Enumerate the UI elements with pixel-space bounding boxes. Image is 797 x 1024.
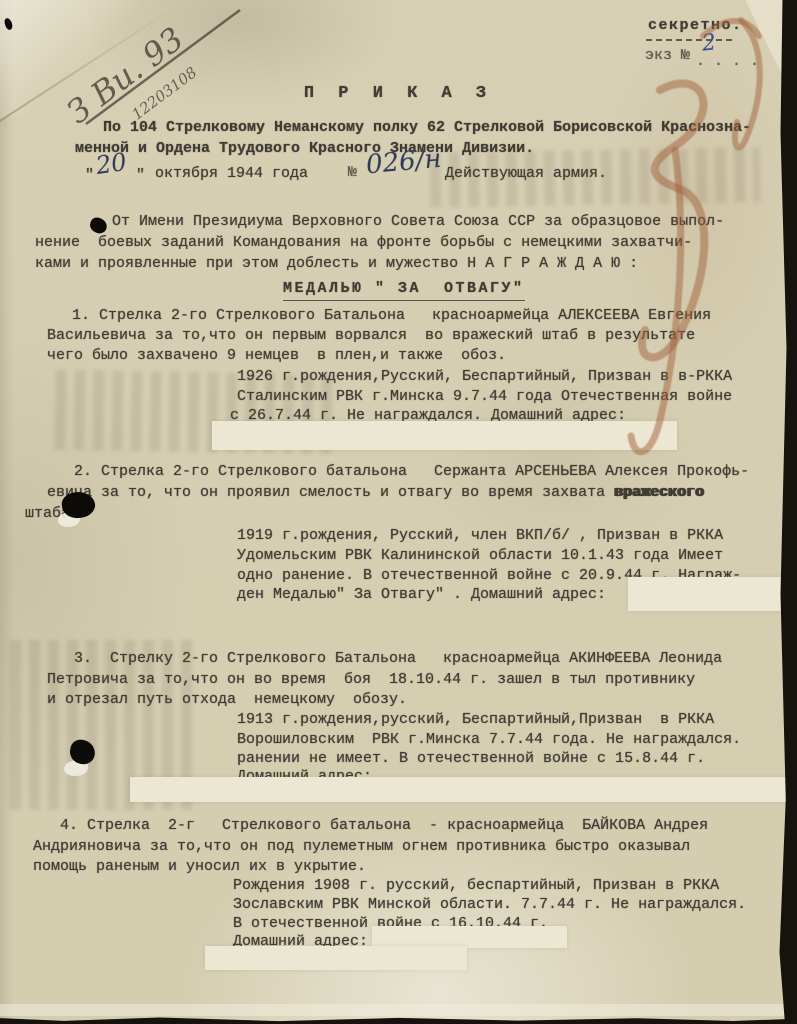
redacted-address-box <box>628 577 795 611</box>
entry-citation-line: Петровича за то,что он во время боя 18.1… <box>47 670 695 689</box>
number-sign: № <box>348 163 357 182</box>
scan-edge-bottom <box>0 1015 797 1024</box>
entry-bio-line: 1919 г.рождения, Русский, член ВКП/б/ , … <box>237 526 723 545</box>
paper-bottom-highlight <box>0 1004 797 1016</box>
entry-citation-line: 4. Стрелка 2-г Стрелкового батальона - к… <box>60 816 708 835</box>
subject-line: менной и Ордена Трудового Красного Знаме… <box>75 139 534 158</box>
scribble-stroke <box>642 84 704 358</box>
entry-bio-line: Рождения 1908 г. русский, беспартийный, … <box>233 876 719 895</box>
red-pencil-scribble <box>585 0 797 500</box>
entry-bio-line: 1913 г.рождения,русский, Беспартийный,Пр… <box>237 710 714 729</box>
preamble-line: ками и проявленные при этом доблесть и м… <box>35 254 638 273</box>
scanned-order-page: секретно. экз № . . . . 2 З Ви. 93 12203… <box>0 0 797 1024</box>
entry-citation-line: 3. Стрелку 2-го Стрелкового Батальона кр… <box>74 649 722 668</box>
entry-citation-line: помощь раненым и уносил их в укрытие. <box>33 857 366 876</box>
entry-citation-line: и отрезал путь отхода немецкому обозу. <box>47 690 407 709</box>
quote-mark: " <box>136 166 145 185</box>
handwritten-day: 20 <box>94 148 128 180</box>
quote-mark: " <box>85 166 94 185</box>
entry-citation-line: Андрияновича за то,что он под пулеметным… <box>33 837 690 856</box>
scribble-stroke <box>631 150 681 452</box>
redacted-address-box <box>205 946 467 970</box>
redacted-address-box <box>130 777 792 802</box>
army-designation: Действующая армия. <box>445 164 607 183</box>
citation-text: евича за то, что он проявил смелость и о… <box>47 484 614 501</box>
redacted-address-box <box>372 926 567 948</box>
pencil-note-text: З Ви. 93 <box>60 20 191 132</box>
entry-bio-line: Ворошиловским РВК г.Минска 7.7.44 года. … <box>237 730 741 749</box>
award-heading: МЕДАЛЬЮ " ЗА ОТВАГУ" <box>283 279 525 301</box>
entry-bio-line: ден Медалью" За Отвагу" . Домашний адрес… <box>237 585 606 604</box>
date-text: октября 1944 года <box>155 164 308 183</box>
pencil-archive-note: З Ви. 93 12203108 <box>28 2 263 132</box>
entry-bio-line: ранении не имеет. В отечественной войне … <box>237 749 705 768</box>
scribble-stroke <box>735 20 760 148</box>
entry-citation-line: чего было захвачено 9 немцев в плен,и та… <box>47 346 506 365</box>
entry-bio-line: Зославским РВК Минской области. 7.7.44 г… <box>233 895 746 914</box>
entry-bio-line: Удомельским РВК Калининской области 10.1… <box>237 546 723 565</box>
